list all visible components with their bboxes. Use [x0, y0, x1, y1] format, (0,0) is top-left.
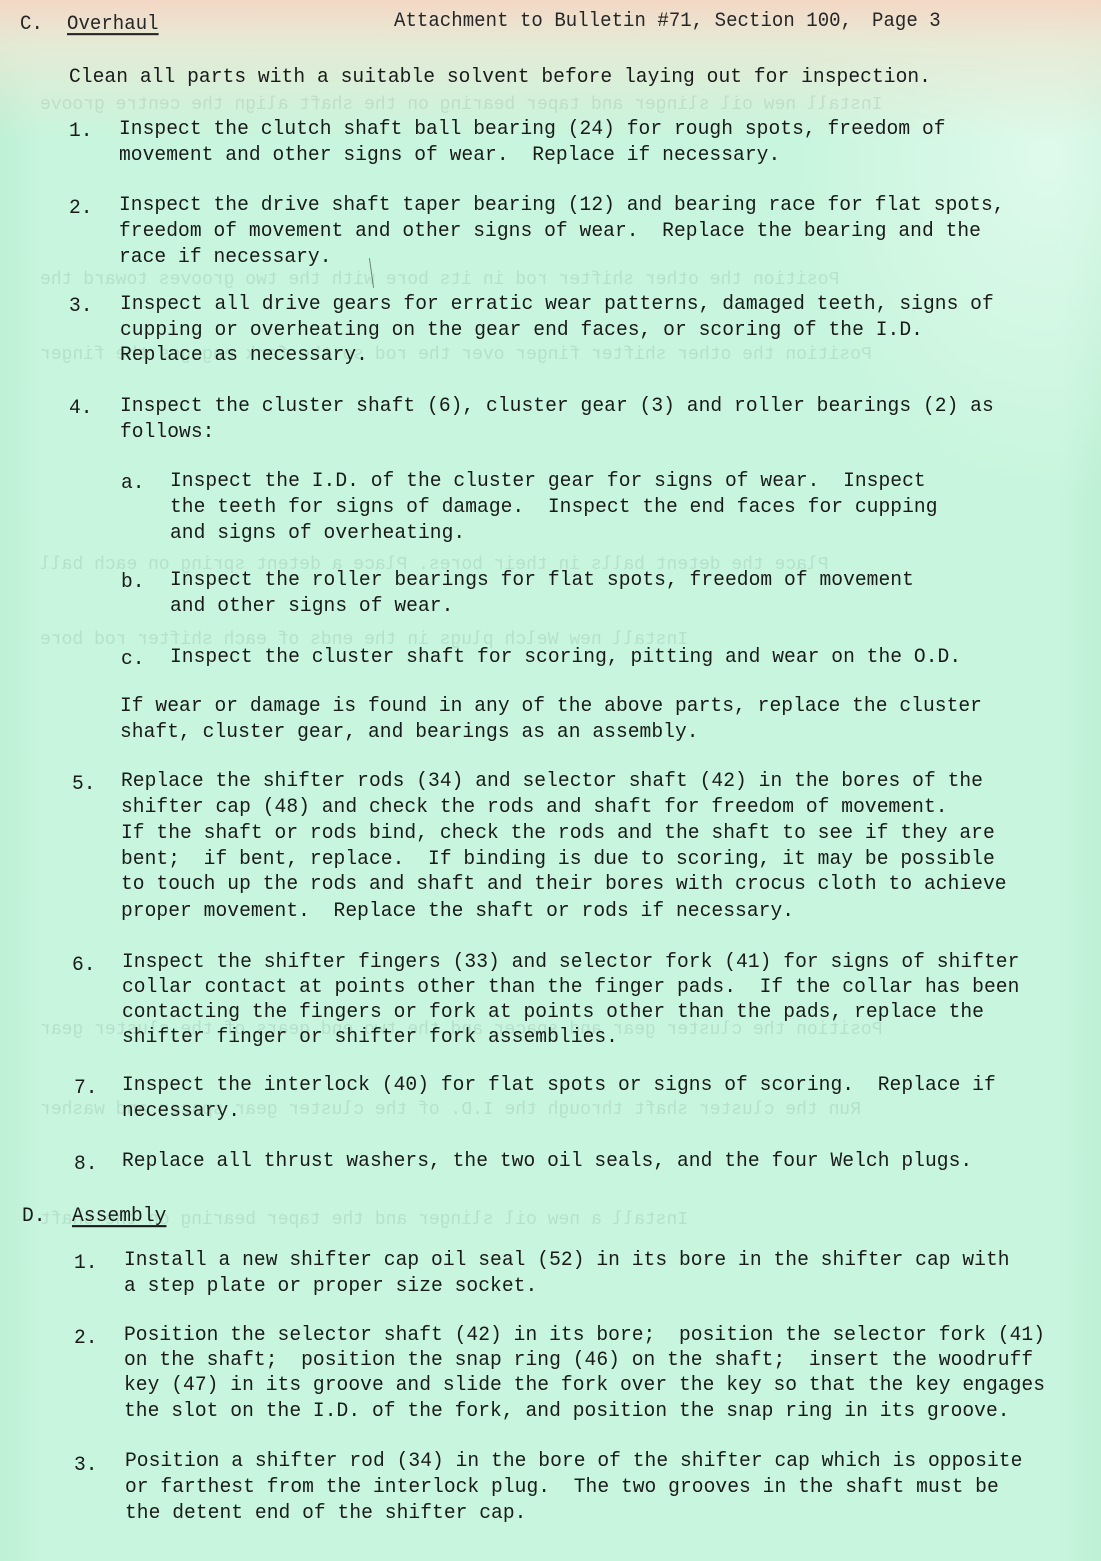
item-line: shifter cap (48) and check the rods and … — [121, 797, 948, 818]
item-line: race if necessary. — [119, 247, 332, 268]
section-title-overhaul: Overhaul — [67, 14, 159, 34]
item-line: Inspect all drive gears for erratic wear… — [120, 294, 994, 315]
item-number: 8. — [74, 1154, 98, 1175]
sub-item-line: Inspect the roller bearings for flat spo… — [170, 570, 914, 591]
item-line: shifter finger or shifter fork assemblie… — [122, 1027, 618, 1048]
item-number: 2. — [74, 1328, 98, 1349]
item-number: 1. — [69, 121, 93, 142]
item-number: 4. — [69, 398, 93, 419]
sub-item-line: the teeth for signs of damage. Inspect t… — [170, 497, 938, 518]
item-line: Inspect the cluster shaft (6), cluster g… — [120, 396, 994, 417]
item-number: 3. — [74, 1455, 98, 1476]
item-line: Replace the shifter rods (34) and select… — [121, 771, 983, 792]
item-number: 5. — [72, 774, 96, 795]
sub-item-line: Inspect the cluster shaft for scoring, p… — [170, 647, 961, 668]
item-line: bent; if bent, replace. If binding is du… — [121, 849, 995, 870]
sub-item-letter: b. — [121, 572, 145, 593]
item-line: contacting the fingers or fork at points… — [122, 1002, 984, 1023]
note-line: If wear or damage is found in any of the… — [120, 696, 982, 717]
note-line: shaft, cluster gear, and bearings as an … — [120, 722, 699, 743]
section-letter: C. — [20, 14, 43, 34]
item-line: Inspect the interlock (40) for flat spot… — [122, 1075, 996, 1096]
item-line: a step plate or proper size socket. — [124, 1276, 537, 1297]
item-line: Inspect the clutch shaft ball bearing (2… — [119, 119, 946, 140]
attachment-reference: Attachment to Bulletin #71, Section 100, — [394, 11, 852, 31]
item-line: Position the selector shaft (42) in its … — [124, 1325, 1045, 1346]
item-line: freedom of movement and other signs of w… — [119, 221, 981, 242]
item-line: or farthest from the interlock plug. The… — [125, 1477, 999, 1498]
sub-item-line: and other signs of wear. — [170, 596, 453, 617]
item-line: movement and other signs of wear. Replac… — [119, 145, 780, 166]
item-line: to touch up the rods and shaft and their… — [121, 874, 1007, 895]
sub-item-letter: a. — [121, 473, 145, 494]
item-line: key (47) in its groove and slide the for… — [124, 1375, 1045, 1396]
intro-text: Clean all parts with a suitable solvent … — [69, 67, 931, 88]
item-line: Position a shifter rod (34) in the bore … — [125, 1451, 1022, 1472]
item-line: the detent end of the shifter cap. — [125, 1503, 526, 1524]
item-line: collar contact at points other than the … — [122, 977, 1019, 998]
assembly-section-letter: D. — [22, 1206, 46, 1227]
page-number: Page 3 — [872, 11, 941, 31]
item-line: proper movement. Replace the shaft or ro… — [121, 901, 794, 922]
item-line: necessary. — [122, 1101, 240, 1122]
item-number: 1. — [74, 1253, 98, 1274]
item-line: follows: — [120, 422, 214, 443]
item-number: 3. — [69, 296, 93, 317]
section-title-assembly: Assembly — [72, 1206, 166, 1227]
item-line: cupping or overheating on the gear end f… — [120, 320, 923, 341]
item-line: on the shaft; position the snap ring (46… — [124, 1350, 1033, 1371]
sub-item-letter: c. — [121, 649, 145, 670]
item-line: If the shaft or rods bind, check the rod… — [121, 823, 995, 844]
item-line: Inspect the drive shaft taper bearing (1… — [119, 195, 1005, 216]
item-number: 6. — [72, 955, 96, 976]
item-line: Inspect the shifter fingers (33) and sel… — [122, 952, 1019, 973]
item-line: Install a new shifter cap oil seal (52) … — [124, 1250, 1010, 1271]
item-number: 2. — [69, 198, 93, 219]
item-line: the slot on the I.D. of the fork, and po… — [124, 1401, 1010, 1422]
sub-item-line: and signs of overheating. — [170, 523, 465, 544]
item-line: Replace as necessary. — [120, 345, 368, 366]
item-number: 7. — [74, 1078, 98, 1099]
item-line: Replace all thrust washers, the two oil … — [122, 1151, 972, 1172]
sub-item-line: Inspect the I.D. of the cluster gear for… — [170, 471, 926, 492]
